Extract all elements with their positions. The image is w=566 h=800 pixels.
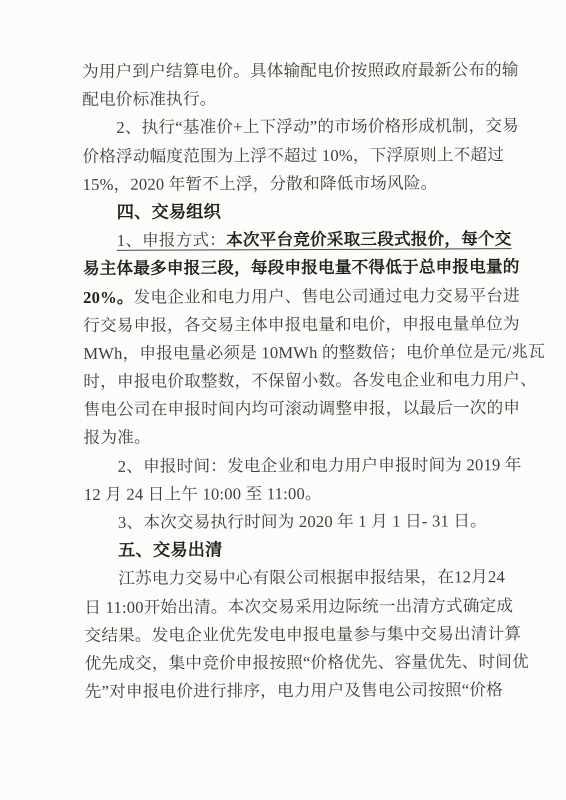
text-run: 15%，2020 年暂不上浮，分散和降低市场风险。 [83,173,438,194]
text-run: 行交易申报，各交易主体申报电量和电价，申报电量单位为 [83,314,520,335]
doc-line: 时，申报电价取整数，不保留小数。各发电企业和电力用户、 [83,366,487,396]
doc-line: 12 月 24 日上午 10:00 至 11:00。 [84,479,488,509]
text-run: 时，申报电价取整数，不保留小数。各发电企业和电力用户、 [83,370,537,391]
section-heading: 五、交易出清 [84,535,488,565]
text-run: 易主体最多申报三段，每段申报电量不得低于总申报电量的 [83,257,520,278]
text-run: 先”对申报电价进行排序，电力用户及售电公司按照“价格 [85,680,503,701]
text-run: 五、交易出清 [118,541,222,560]
text-run: 优先成交，集中竞价申报按照“价格优先、容量优先、时间优 [85,652,529,673]
text-run: 发电企业和电力用户、售电公司通过电力交易平台进 [134,286,520,307]
doc-line: 日 11:00开始出清。本次交易采用边际统一出清方式确定成 [84,592,488,622]
doc-line: 1、申报方式：本次平台竞价采取三段式报价，每个交 [83,225,487,255]
text-run: 3、本次交易执行时间为 2020 年 1 月 1 日- 31 日。 [118,511,487,532]
text-run: 售电公司在申报时间内均可滚动调整申报，以最后一次的申 [83,398,520,419]
text-run: MWh，申报电量必须是 10MWh 的整数倍；电价单位是元/兆瓦 [83,342,545,363]
text-run: 为用户到户结算电价。具体输配电价按照政府最新公布的输 [82,60,519,81]
document-body: 为用户到户结算电价。具体输配电价按照政府最新公布的输配电价标准执行。2、执行“基… [82,56,489,706]
text-run: 价格浮动幅度范围为上浮不超过 10%，下浮原则上不超过 [82,145,504,166]
doc-line: 优先成交，集中竞价申报按照“价格优先、容量优先、时间优 [85,648,489,678]
text-run: 本次平台竞价采取三段式报价，每个交 [226,229,512,249]
text-run: 2、执行“基准价+上下浮动”的市场价格形成机制，交易 [116,116,519,137]
doc-line: 为用户到户结算电价。具体输配电价按照政府最新公布的输 [82,56,486,86]
doc-line: 2、申报时间：发电企业和电力用户申报时间为 2019 年 [84,451,488,481]
doc-line: 易主体最多申报三段，每段申报电量不得低于总申报电量的 [83,254,487,284]
text-run: 12 月 24 日上午 10:00 至 11:00。 [84,484,322,504]
doc-line: 20%。发电企业和电力用户、售电公司通过电力交易平台进 [83,282,487,312]
text-run: 交结果。发电企业优先发电申报电量参与集中交易出清计算 [84,624,521,645]
text-run: 日 11:00开始出清。本次交易采用边际统一出清方式确定成 [84,596,513,617]
doc-line: 3、本次交易执行时间为 2020 年 1 月 1 日- 31 日。 [84,507,488,537]
text-run: 20%。 [83,287,134,306]
doc-line: 交结果。发电企业优先发电申报电量参与集中交易出清计算 [84,620,488,650]
doc-line: 15%，2020 年暂不上浮，分散和降低市场风险。 [82,169,486,199]
doc-line: 报为准。 [84,423,488,453]
text-run: 江苏电力交易中心有限公司根据申报结果，在12月24 [118,568,505,589]
text-run: 2、申报时间：发电企业和电力用户申报时间为 2019 年 [118,455,522,476]
doc-line: 售电公司在申报时间内均可滚动调整申报，以最后一次的申 [83,394,487,424]
doc-line: 配电价标准执行。 [82,84,486,114]
doc-line: MWh，申报电量必须是 10MWh 的整数倍；电价单位是元/兆瓦 [83,338,487,368]
doc-line: 行交易申报，各交易主体申报电量和电价，申报电量单位为 [83,310,487,340]
doc-line: 2、执行“基准价+上下浮动”的市场价格形成机制，交易 [82,113,486,143]
doc-line: 先”对申报电价进行排序，电力用户及售电公司按照“价格 [85,676,489,706]
text-run: 1、申报方式： [117,230,226,249]
section-heading: 四、交易组织 [83,197,487,227]
text-run: 报为准。 [84,428,151,447]
text-run: 四、交易组织 [117,202,221,221]
text-run: 配电价标准执行。 [82,90,216,110]
document-page: 为用户到户结算电价。具体输配电价按照政府最新公布的输配电价标准执行。2、执行“基… [0,0,566,800]
doc-line: 江苏电力交易中心有限公司根据申报结果，在12月24 [84,564,488,594]
doc-line: 价格浮动幅度范围为上浮不超过 10%，下浮原则上不超过 [82,141,486,171]
